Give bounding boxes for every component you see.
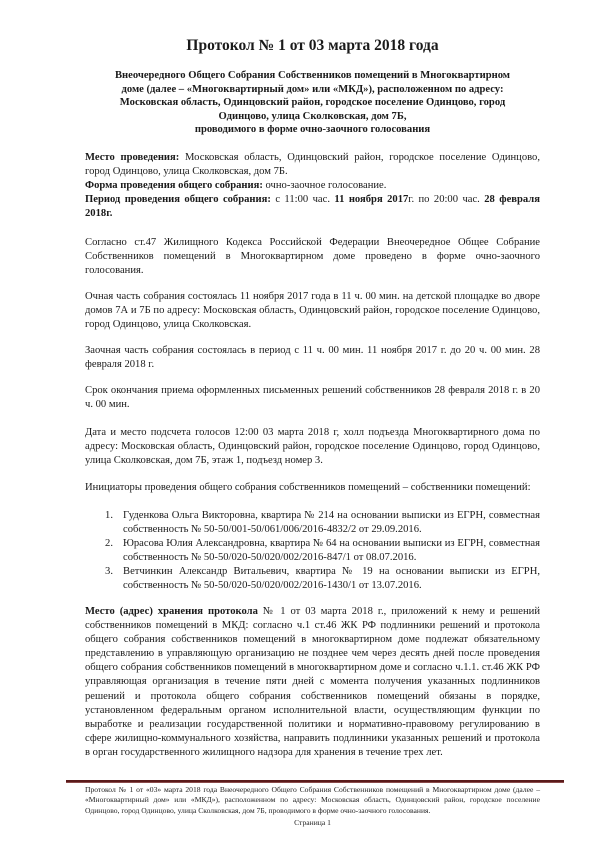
- subtitle-line: Внеочередного Общего Собрания Собственни…: [80, 69, 545, 83]
- meeting-form-label: Форма проведения общего собрания:: [85, 180, 263, 191]
- meeting-period: Период проведения общего собрания: с 11:…: [85, 193, 540, 221]
- meeting-period-from-text: с 11:00 час.: [275, 194, 330, 205]
- storage-label: Место (адрес) хранения протокола: [85, 606, 258, 617]
- paragraph-protocol-storage: Место (адрес) хранения протокола № 1 от …: [85, 605, 540, 760]
- document-subtitle: Внеочередного Общего Собрания Собственни…: [80, 69, 545, 137]
- list-item-text: Юрасова Юлия Александровна, квартира № 6…: [123, 537, 540, 565]
- paragraph-legal-basis: Согласно ст.47 Жилищного Кодекса Российс…: [85, 236, 540, 278]
- paragraph-in-person-part: Очная часть собрания состоялась 11 ноябр…: [85, 290, 540, 332]
- paragraph-initiators: Инициаторы проведения общего собрания со…: [85, 481, 540, 495]
- meeting-form: Форма проведения общего собрания: очно-з…: [85, 179, 540, 193]
- paragraph-vote-count: Дата и место подсчета голосов 12:00 03 м…: [85, 426, 540, 468]
- list-item: 2. Юрасова Юлия Александровна, квартира …: [85, 537, 540, 565]
- initiators-list: 1. Гуденкова Ольга Викторовна, квартира …: [85, 509, 540, 594]
- list-item: 1. Гуденкова Ольга Викторовна, квартира …: [85, 509, 540, 537]
- subtitle-line: Московская область, Одинцовский район, г…: [80, 96, 545, 110]
- list-item-text: Гуденкова Ольга Викторовна, квартира № 2…: [123, 509, 540, 537]
- meeting-period-mid-text: г. по 20:00 час.: [408, 194, 480, 205]
- meeting-form-value: очно-заочное голосование.: [266, 180, 387, 191]
- page-footer: Протокол № 1 от «03» марта 2018 года Вне…: [85, 785, 540, 816]
- document-title: Протокол № 1 от 03 марта 2018 года: [85, 37, 540, 55]
- subtitle-line: доме (далее – «Многоквартирный дом» или …: [80, 83, 545, 97]
- list-item-number: 2.: [85, 537, 123, 565]
- list-item-number: 1.: [85, 509, 123, 537]
- list-item-text: Ветчинкин Александр Витальевич, квартира…: [123, 565, 540, 593]
- meeting-place: Место проведения: Московская область, Од…: [85, 151, 540, 179]
- page-number: Страница 1: [85, 818, 540, 827]
- paragraph-absentee-part: Заочная часть собрания состоялась в пери…: [85, 344, 540, 372]
- meeting-place-label: Место проведения:: [85, 152, 179, 163]
- paragraph-deadline: Срок окончания приема оформленных письме…: [85, 384, 540, 412]
- meeting-info: Место проведения: Московская область, Од…: [85, 151, 540, 221]
- subtitle-line: проводимого в форме очно-заочного голосо…: [80, 123, 545, 137]
- subtitle-line: Одинцово, улица Сколковская, дом 7Б,: [80, 110, 545, 124]
- meeting-period-from-date: 11 ноября 2017: [334, 194, 408, 205]
- footer-divider: [66, 780, 564, 783]
- list-item: 3. Ветчинкин Александр Витальевич, кварт…: [85, 565, 540, 593]
- list-item-number: 3.: [85, 565, 123, 593]
- storage-text: № 1 от 03 марта 2018 г., приложений к не…: [85, 606, 540, 758]
- meeting-period-label: Период проведения общего собрания:: [85, 194, 271, 205]
